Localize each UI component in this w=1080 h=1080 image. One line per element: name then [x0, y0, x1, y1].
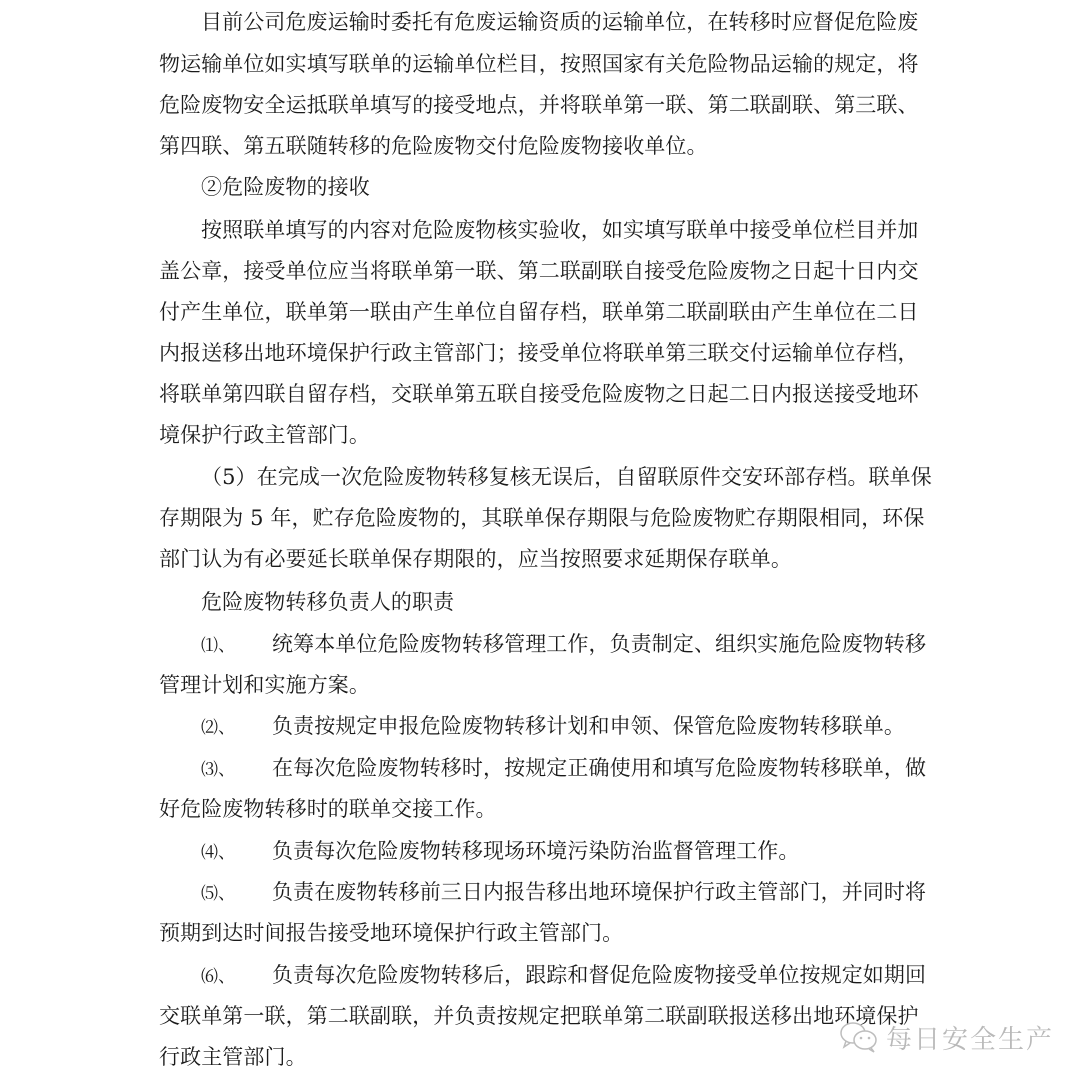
- paragraph-line: 目前公司危废运输时委托有危废运输资质的运输单位，在转移时应督促危险废: [201, 10, 918, 34]
- line-text: 第四联、第五联随转移的危险废物交付危险废物接收单位。: [159, 134, 708, 158]
- line-text: 付产生单位，联单第一联由产生单位自留存档，联单第二联副联由产生单位在二日: [159, 300, 919, 324]
- paragraph-line: 境保护行政主管部门。: [159, 423, 370, 447]
- line-text: 在每次危险废物转移时，按规定正确使用和填写危险废物转移联单，做: [272, 756, 926, 780]
- list-number: ⑶、: [201, 758, 272, 782]
- line-text: 行政主管部门。: [159, 1045, 307, 1069]
- line-text: 内报送移出地环境保护行政主管部门；接受单位将联单第三联交付运输单位存档，: [159, 341, 919, 365]
- list-item-line: ⑵、负责按规定申报危险废物转移计划和申领、保管危险废物转移联单。: [201, 714, 905, 738]
- list-item-line: ⑸、负责在废物转移前三日内报告移出地环境保护行政主管部门，并同时将: [201, 880, 926, 904]
- wechat-icon: [838, 1020, 880, 1054]
- list-number: ⑸、: [201, 882, 272, 906]
- line-text: 负责每次危险废物转移后，跟踪和督促危险废物接受单位按规定如期回: [272, 963, 926, 987]
- list-item-line: ⑶、在每次危险废物转移时，按规定正确使用和填写危险废物转移联单，做: [201, 756, 926, 780]
- list-item-line: ⑷、负责每次危险废物转移现场环境污染防治监督管理工作。: [201, 839, 800, 863]
- list-number: ⑷、: [201, 841, 272, 865]
- line-text: 预期到达时间报告接受地环境保护行政主管部门。: [159, 921, 623, 945]
- line-text: 负责每次危险废物转移现场环境污染防治监督管理工作。: [272, 839, 800, 863]
- line-text: 境保护行政主管部门。: [159, 423, 370, 447]
- list-number: ⑵、: [201, 716, 272, 740]
- line-text: ②危险废物的接收: [201, 175, 370, 199]
- list-number: ⑴、: [201, 634, 272, 658]
- paragraph-line: 管理计划和实施方案。: [159, 673, 370, 697]
- paragraph-line: 交联单第一联，第二联副联，并负责按规定把联单第二联副联报送移出地环境保护: [159, 1004, 919, 1028]
- line-text: 部门认为有必要延长联单保存期限的，应当按照要求延期保存联单。: [159, 547, 792, 571]
- line-text: （5）在完成一次危险废物转移复核无误后，自留联原件交安环部存档。联单保: [201, 465, 932, 489]
- paragraph-line: 将联单第四联自留存档，交联单第五联自接受危险废物之日起二日内报送接受地环: [159, 382, 919, 406]
- list-item-line: ⑹、负责每次危险废物转移后，跟踪和督促危险废物接受单位按规定如期回: [201, 963, 926, 987]
- paragraph-line: （5）在完成一次危险废物转移复核无误后，自留联原件交安环部存档。联单保: [201, 465, 932, 489]
- paragraph-line: 按照联单填写的内容对危险废物核实验收，如实填写联单中接受单位栏目并加: [201, 218, 918, 242]
- line-text: 交联单第一联，第二联副联，并负责按规定把联单第二联副联报送移出地环境保护: [159, 1004, 919, 1028]
- paragraph-line: 行政主管部门。: [159, 1045, 307, 1069]
- watermark-text: 每日安全生产: [886, 1019, 1054, 1056]
- line-text: 统筹本单位危险废物转移管理工作，负责制定、组织实施危险废物转移: [272, 632, 926, 656]
- paragraph-line: 物运输单位如实填写联单的运输单位栏目，按照国家有关危险物品运输的规定，将: [159, 52, 919, 76]
- line-text: 负责按规定申报危险废物转移计划和申领、保管危险废物转移联单。: [272, 714, 905, 738]
- paragraph-line: ②危险废物的接收: [201, 175, 370, 199]
- watermark: 每日安全生产: [838, 1017, 1054, 1057]
- paragraph-line: 付产生单位，联单第一联由产生单位自留存档，联单第二联副联由产生单位在二日: [159, 300, 919, 324]
- paragraph-line: 危险废物安全运抵联单填写的接受地点，并将联单第一联、第二联副联、第三联、: [159, 93, 919, 117]
- paragraph-line: 好危险废物转移时的联单交接工作。: [159, 797, 497, 821]
- line-text: 盖公章，接受单位应当将联单第一联、第二联副联自接受危险废物之日起十日内交: [159, 259, 919, 283]
- paragraph-line: 存期限为 5 年，贮存危险废物的，其联单保存期限与危险废物贮存期限相同，环保: [159, 506, 925, 530]
- line-text: 危险废物安全运抵联单填写的接受地点，并将联单第一联、第二联副联、第三联、: [159, 93, 919, 117]
- line-text: 负责在废物转移前三日内报告移出地环境保护行政主管部门，并同时将: [272, 880, 926, 904]
- paragraph-line: 危险废物转移负责人的职责: [201, 590, 454, 614]
- line-text: 按照联单填写的内容对危险废物核实验收，如实填写联单中接受单位栏目并加: [201, 218, 918, 242]
- list-number: ⑹、: [201, 965, 272, 989]
- paragraph-line: 预期到达时间报告接受地环境保护行政主管部门。: [159, 921, 623, 945]
- paragraph-line: 第四联、第五联随转移的危险废物交付危险废物接收单位。: [159, 134, 708, 158]
- line-text: 存期限为 5 年，贮存危险废物的，其联单保存期限与危险废物贮存期限相同，环保: [159, 506, 925, 530]
- list-item-line: ⑴、统筹本单位危险废物转移管理工作，负责制定、组织实施危险废物转移: [201, 632, 926, 656]
- line-text: 目前公司危废运输时委托有危废运输资质的运输单位，在转移时应督促危险废: [201, 10, 918, 34]
- line-text: 将联单第四联自留存档，交联单第五联自接受危险废物之日起二日内报送接受地环: [159, 382, 919, 406]
- line-text: 好危险废物转移时的联单交接工作。: [159, 797, 497, 821]
- line-text: 物运输单位如实填写联单的运输单位栏目，按照国家有关危险物品运输的规定，将: [159, 52, 919, 76]
- paragraph-line: 内报送移出地环境保护行政主管部门；接受单位将联单第三联交付运输单位存档，: [159, 341, 919, 365]
- paragraph-line: 盖公章，接受单位应当将联单第一联、第二联副联自接受危险废物之日起十日内交: [159, 259, 919, 283]
- paragraph-line: 部门认为有必要延长联单保存期限的，应当按照要求延期保存联单。: [159, 547, 792, 571]
- line-text: 危险废物转移负责人的职责: [201, 590, 454, 614]
- line-text: 管理计划和实施方案。: [159, 673, 370, 697]
